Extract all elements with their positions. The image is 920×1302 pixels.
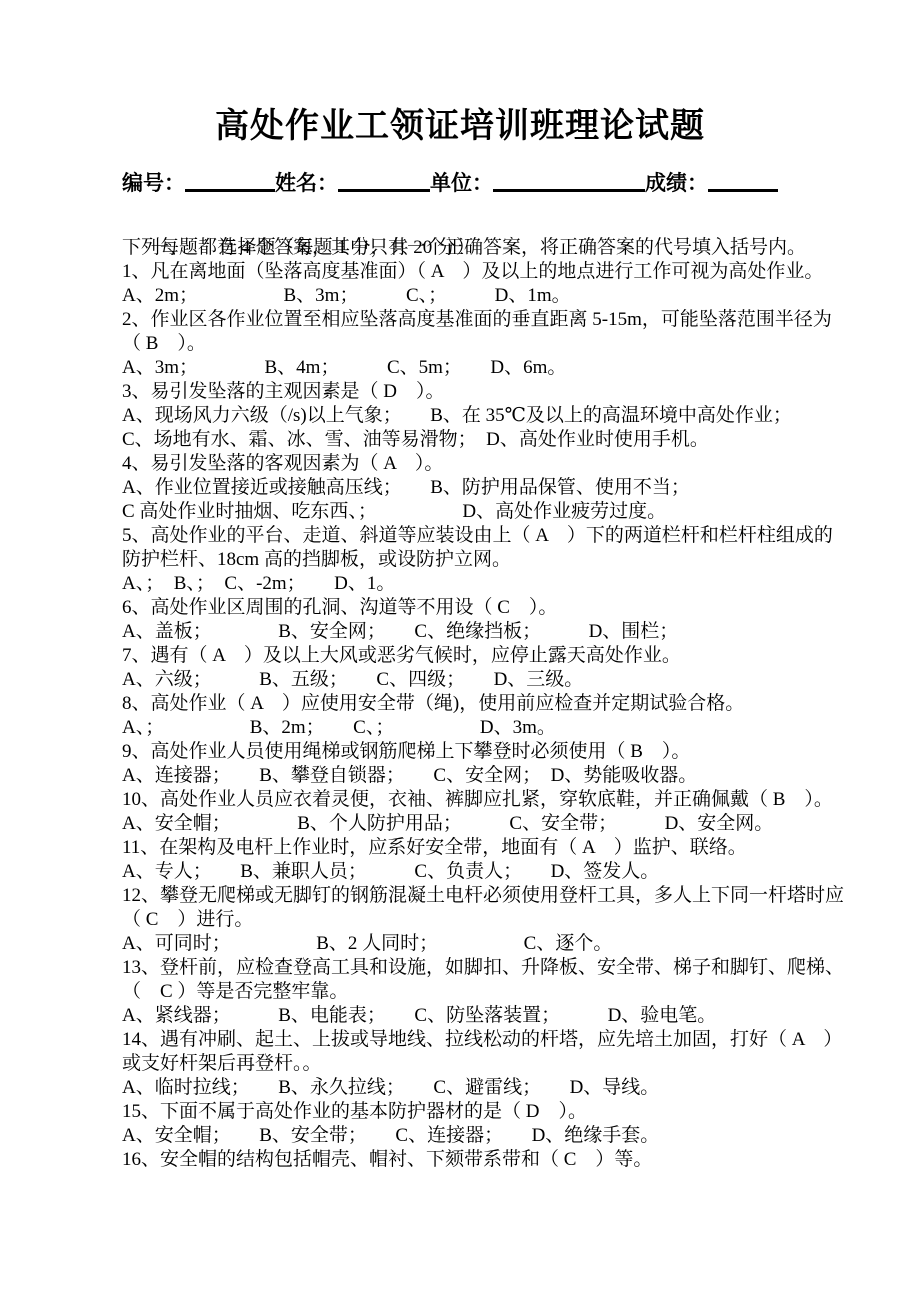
question-stem-line: 8、高处作业（ A ）应使用安全带（绳)，使用前应检查并定期试验合格。 [122, 692, 828, 716]
question-line: （ B ）。 [122, 332, 828, 356]
fill-in-blank [708, 173, 778, 192]
question-line: A、3m； B、4m； C、5m； D、6m。 [122, 356, 828, 380]
question-line: C 高处作业时抽烟、吃东西、； D、高处作业疲劳过度。 [122, 500, 828, 524]
question-stem-line: 12、攀登无爬梯或无脚钉的钢筋混凝土电杆必须使用登杆工具，多人上下同一杆塔时应 [122, 884, 828, 908]
exam-body: 一、选择题（每题 1 分，共 20 分） 下列每题都有 4 个答案，其中只有一个… [122, 212, 828, 1172]
question-line: A、作业位置接近或接触高压线； B、防护用品保管、使用不当； [122, 476, 828, 500]
field-label: 编号： [122, 171, 185, 195]
question-line: A、2m； B、3m； C、； D、1m。 [122, 284, 828, 308]
question-line: A、临时拉线； B、永久拉线； C、避雷线； D、导线。 [122, 1076, 828, 1100]
field-label: 单位： [430, 171, 493, 195]
exam-info-field: 单位： [430, 171, 645, 195]
fill-in-blank [338, 173, 430, 192]
question-line: A、可同时； B、2 人同时； C、逐个。 [122, 932, 828, 956]
question-line: A、连接器； B、攀登自锁器； C、安全网； D、势能吸收器。 [122, 764, 828, 788]
question-line: A、专人； B、兼职人员； C、负责人； D、签发人。 [122, 860, 828, 884]
question-stem-line: 15、下面不属于高处作业的基本防护器材的是（ D ）。 [122, 1100, 828, 1124]
exam-info-row: 编号：姓名：单位：成绩： [122, 168, 812, 198]
question-stem-line: 14、遇有冲刷、起土、上拔或导地线、拉线松动的杆塔，应先培土加固，打好（ A ） [122, 1028, 828, 1052]
question-list: 1、凡在离地面（坠落高度基准面）（ A ）及以上的地点进行工作可视为高处作业。A… [122, 260, 828, 1172]
question-line: A、盖板； B、安全网； C、绝缘挡板； D、围栏； [122, 620, 828, 644]
fill-in-blank [185, 173, 275, 192]
question-stem-line: 2、作业区各作业位置至相应坠落高度基准面的垂直距离 5-15m，可能坠落范围半径… [122, 308, 828, 332]
exam-info-field: 成绩： [645, 171, 778, 195]
exam-info-field: 编号： [122, 171, 275, 195]
question-line: A、紧线器； B、电能表； C、防坠落装置； D、验电笔。 [122, 1004, 828, 1028]
exam-info-field: 姓名： [275, 171, 430, 195]
exam-page: 高处作业工领证培训班理论试题 编号：姓名：单位：成绩： 一、选择题（每题 1 分… [0, 0, 920, 1302]
fill-in-blank [493, 173, 645, 192]
question-stem-line: 3、易引发坠落的主观因素是（ D ）。 [122, 380, 828, 404]
page-title: 高处作业工领证培训班理论试题 [0, 104, 920, 150]
question-stem-line: 5、高处作业的平台、走道、斜道等应装设由上（ A ）下的两道栏杆和栏杆柱组成的 [122, 524, 828, 548]
question-stem-line: 13、登杆前，应检查登高工具和设施，如脚扣、升降板、安全带、梯子和脚钉、爬梯、 [122, 956, 828, 980]
field-label: 成绩： [645, 171, 708, 195]
question-line: 防护栏杆、18cm 高的挡脚板，或设防护立网。 [122, 548, 828, 572]
question-stem-line: 10、高处作业人员应衣着灵便，衣袖、裤脚应扎紧，穿软底鞋，并正确佩戴（ B ）。 [122, 788, 828, 812]
field-label: 姓名： [275, 171, 338, 195]
question-line: A、六级； B、五级； C、四级； D、三级。 [122, 668, 828, 692]
question-stem-line: 1、凡在离地面（坠落高度基准面）（ A ）及以上的地点进行工作可视为高处作业。 [122, 260, 828, 284]
question-line: 或支好杆架后再登杆。。 [122, 1052, 828, 1076]
question-stem-line: 16、安全帽的结构包括帽壳、帽衬、下颏带系带和（ C ）等。 [122, 1148, 828, 1172]
section-heading: 一、选择题（每题 1 分，共 20 分） [122, 212, 828, 236]
question-line: （ C ）等是否完整牢靠。 [122, 980, 828, 1004]
question-stem-line: 7、遇有（ A ）及以上大风或恶劣气候时，应停止露天高处作业。 [122, 644, 828, 668]
question-stem-line: 6、高处作业区周围的孔洞、沟道等不用设（ C ）。 [122, 596, 828, 620]
question-stem-line: 9、高处作业人员使用绳梯或钢筋爬梯上下攀登时必须使用（ B ）。 [122, 740, 828, 764]
question-line: C、场地有水、霜、冰、雪、油等易滑物； D、高处作业时使用手机。 [122, 428, 828, 452]
question-line: A、； B、2m； C、； D、3m。 [122, 716, 828, 740]
question-line: （ C ）进行。 [122, 908, 828, 932]
question-stem-line: 4、易引发坠落的客观因素为（ A ）。 [122, 452, 828, 476]
question-line: A、； B、； C、-2m； D、1。 [122, 572, 828, 596]
question-line: A、现场风力六级（/s)以上气象； B、在 35℃及以上的高温环境中高处作业； [122, 404, 828, 428]
question-stem-line: 11、在架构及电杆上作业时，应系好安全带，地面有（ A ）监护、联络。 [122, 836, 828, 860]
question-line: A、安全帽； B、个人防护用品； C、安全带； D、安全网。 [122, 812, 828, 836]
question-line: A、安全帽； B、安全带； C、连接器； D、绝缘手套。 [122, 1124, 828, 1148]
section-instructions: 下列每题都有 4 个答案，其中只有一个正确答案，将正确答案的代号填入括号内。 [122, 236, 828, 260]
